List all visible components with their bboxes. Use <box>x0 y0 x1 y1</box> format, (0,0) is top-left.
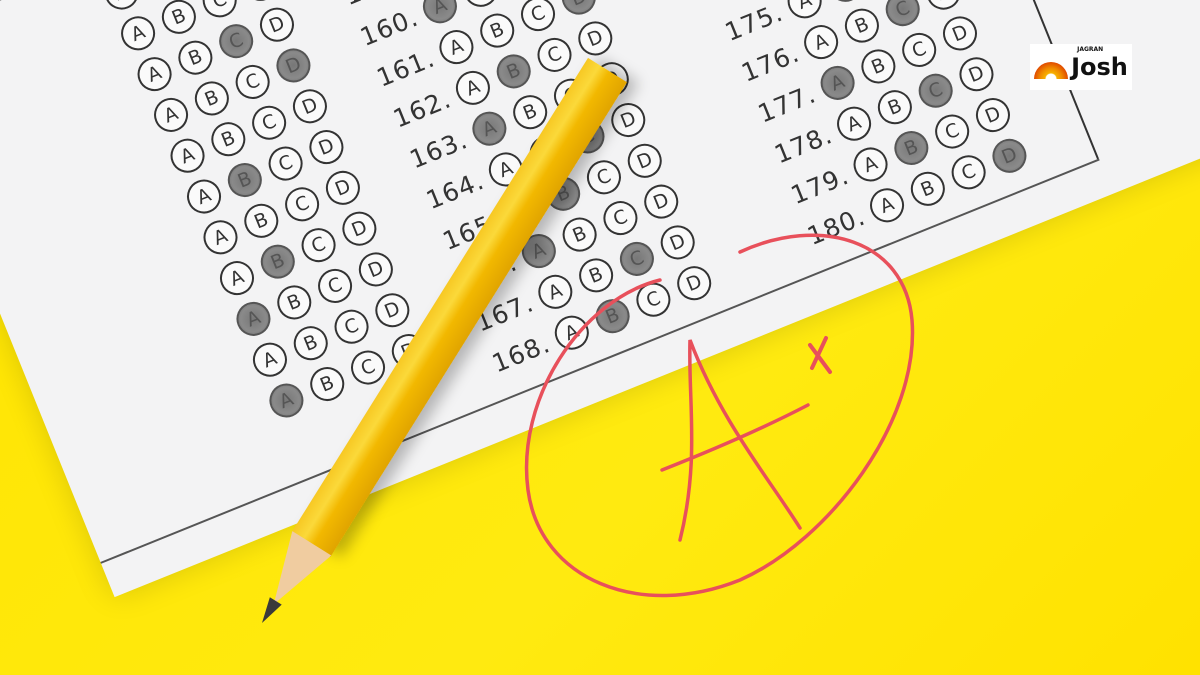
jagran-josh-logo: JAGRAN Josh <box>1030 44 1132 90</box>
logo-brand-text: JAGRAN Josh <box>1071 55 1128 79</box>
logo-tagline: JAGRAN <box>1077 47 1103 53</box>
grade-letter-a-icon <box>662 340 808 540</box>
grade-circle-icon <box>527 235 913 595</box>
sun-logo-icon <box>1034 62 1068 79</box>
logo-brand-name: Josh <box>1071 53 1128 81</box>
grade-plus-icon <box>810 338 830 372</box>
pencil-lead <box>256 597 282 626</box>
